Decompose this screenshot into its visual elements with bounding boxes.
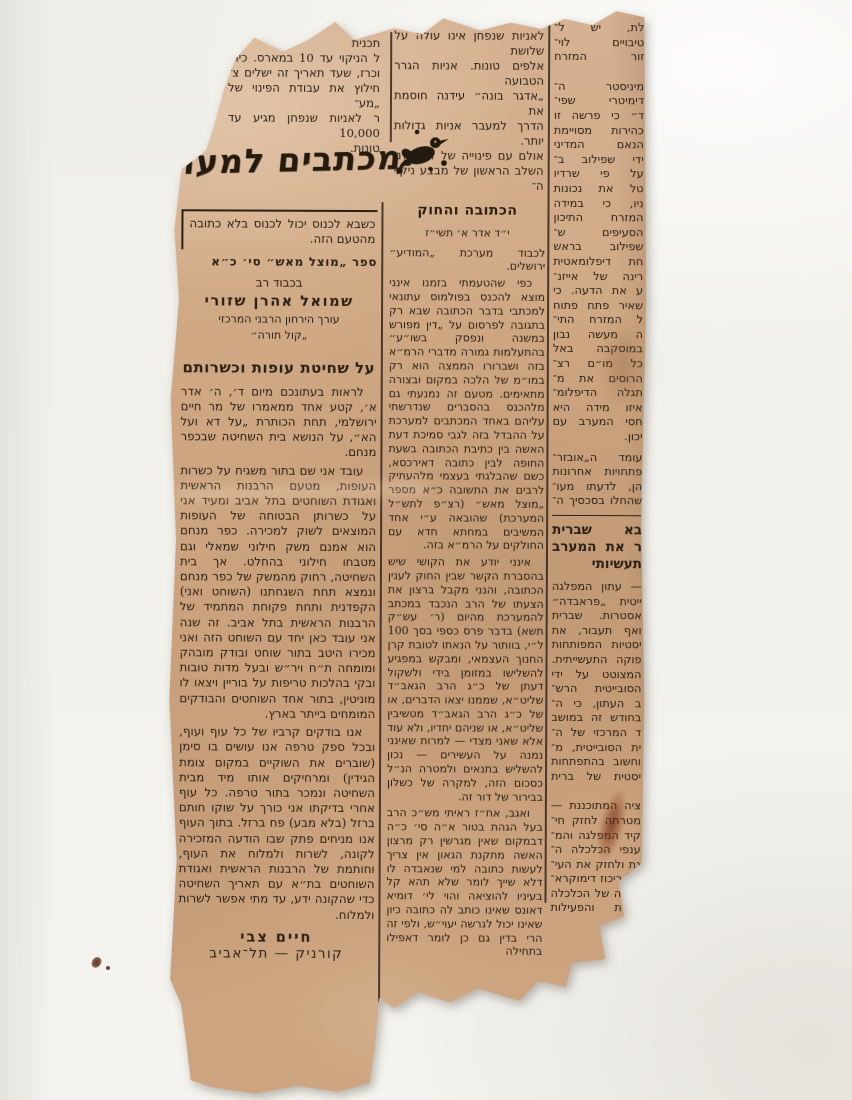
paper-stain bbox=[599, 319, 645, 411]
paragraph: אינני יודע את הקושי שיש בהסברת הקשר שבין… bbox=[387, 555, 544, 804]
column-text-fragment: לת, יש ל־ טיבויים לוי־ זור המזרח bbox=[554, 21, 644, 65]
scan-background: תכנית נוב־ ל הניקוי עד 10 במארס. כיוו־ ו… bbox=[0, 0, 852, 1100]
background-speck-small bbox=[106, 966, 110, 970]
column-rule-left bbox=[378, 202, 383, 1002]
sub-headline-fragment: בא שברית ר את המערב תעשיותי bbox=[552, 522, 642, 573]
newspaper-clipping-wrap: תכנית נוב־ ל הניקוי עד 10 במארס. כיוו־ ו… bbox=[56, 5, 653, 1100]
section-heading: הכתובה והחוק bbox=[389, 204, 545, 218]
column-text-fragment: — עתון המפלגה ייטית „פראבדה״ אסטרות. שבר… bbox=[551, 580, 642, 785]
column-rule-right bbox=[544, 15, 549, 903]
masthead: מכתבים למערכת bbox=[180, 139, 446, 204]
reference-line: ספר „מוצל מאש״ סי׳ כ״א bbox=[181, 255, 377, 271]
column-left: כשבא לכנוס יכול לכנוס בלא כתובה מהטעם הז… bbox=[178, 209, 377, 962]
paragraph: ואגב, אח״ז ראיתי מש״כ הרב בעל הגהת בטור … bbox=[386, 807, 543, 959]
spacer bbox=[551, 790, 641, 799]
section-heading: על שחיטת עופות וכשרותם bbox=[181, 361, 377, 377]
signatory-title: „קול תורה״ bbox=[181, 327, 377, 343]
paragraph: לכבוד מערכת „המודיע״ ירושלים. bbox=[389, 246, 545, 274]
date-line: י״ד אדר א׳ תשי״ז bbox=[389, 226, 545, 240]
newspaper-clipping: תכנית נוב־ ל הניקוי עד 10 במארס. כיוו־ ו… bbox=[56, 5, 653, 1100]
paragraph: אנו בודקים קרביו של כל עוף ועוף, ובכל ספ… bbox=[178, 724, 375, 922]
signature-name: חיים צבי bbox=[178, 929, 374, 945]
paragraph: לראות בעתונכם מיום ד׳, ה׳ אדר א׳, קטע אח… bbox=[180, 384, 376, 461]
column-text-fragment: ציה המתוכננת — מטרתה לחזק חי־ קיד המפלגה… bbox=[550, 799, 641, 916]
closing-line: בכבוד רב bbox=[181, 275, 377, 291]
column-right: לת, יש ל־ טיבויים לוי־ זור המזרחמיניסטר … bbox=[550, 21, 644, 922]
column-text-fragment: עומד ה„אובזר־ פתחויות אחרונות הן, לדעתו … bbox=[552, 450, 642, 509]
signature-city: קורניק — תל־אביב bbox=[178, 946, 374, 962]
spacer bbox=[554, 71, 644, 80]
dove-quill-illustration-icon bbox=[392, 124, 454, 186]
signatory-title: עורך הירחון הרבני המרכזי bbox=[181, 311, 377, 327]
signatory-name: שמואל אהרן שזורי bbox=[181, 293, 377, 309]
column-middle: הכתובה והחוקי״ד אדר א׳ תשי״זלכבוד מערכת … bbox=[386, 202, 545, 962]
spacer bbox=[181, 344, 377, 354]
boxed-paragraph: כשבא לכנוס יכול לכנוס בלא כתובה מהטעם הז… bbox=[181, 209, 377, 250]
paragraph: כפי שהטעמתי בזמנו אינני מוצא להכנס בפולמ… bbox=[388, 276, 545, 553]
divider-rule bbox=[552, 515, 642, 516]
